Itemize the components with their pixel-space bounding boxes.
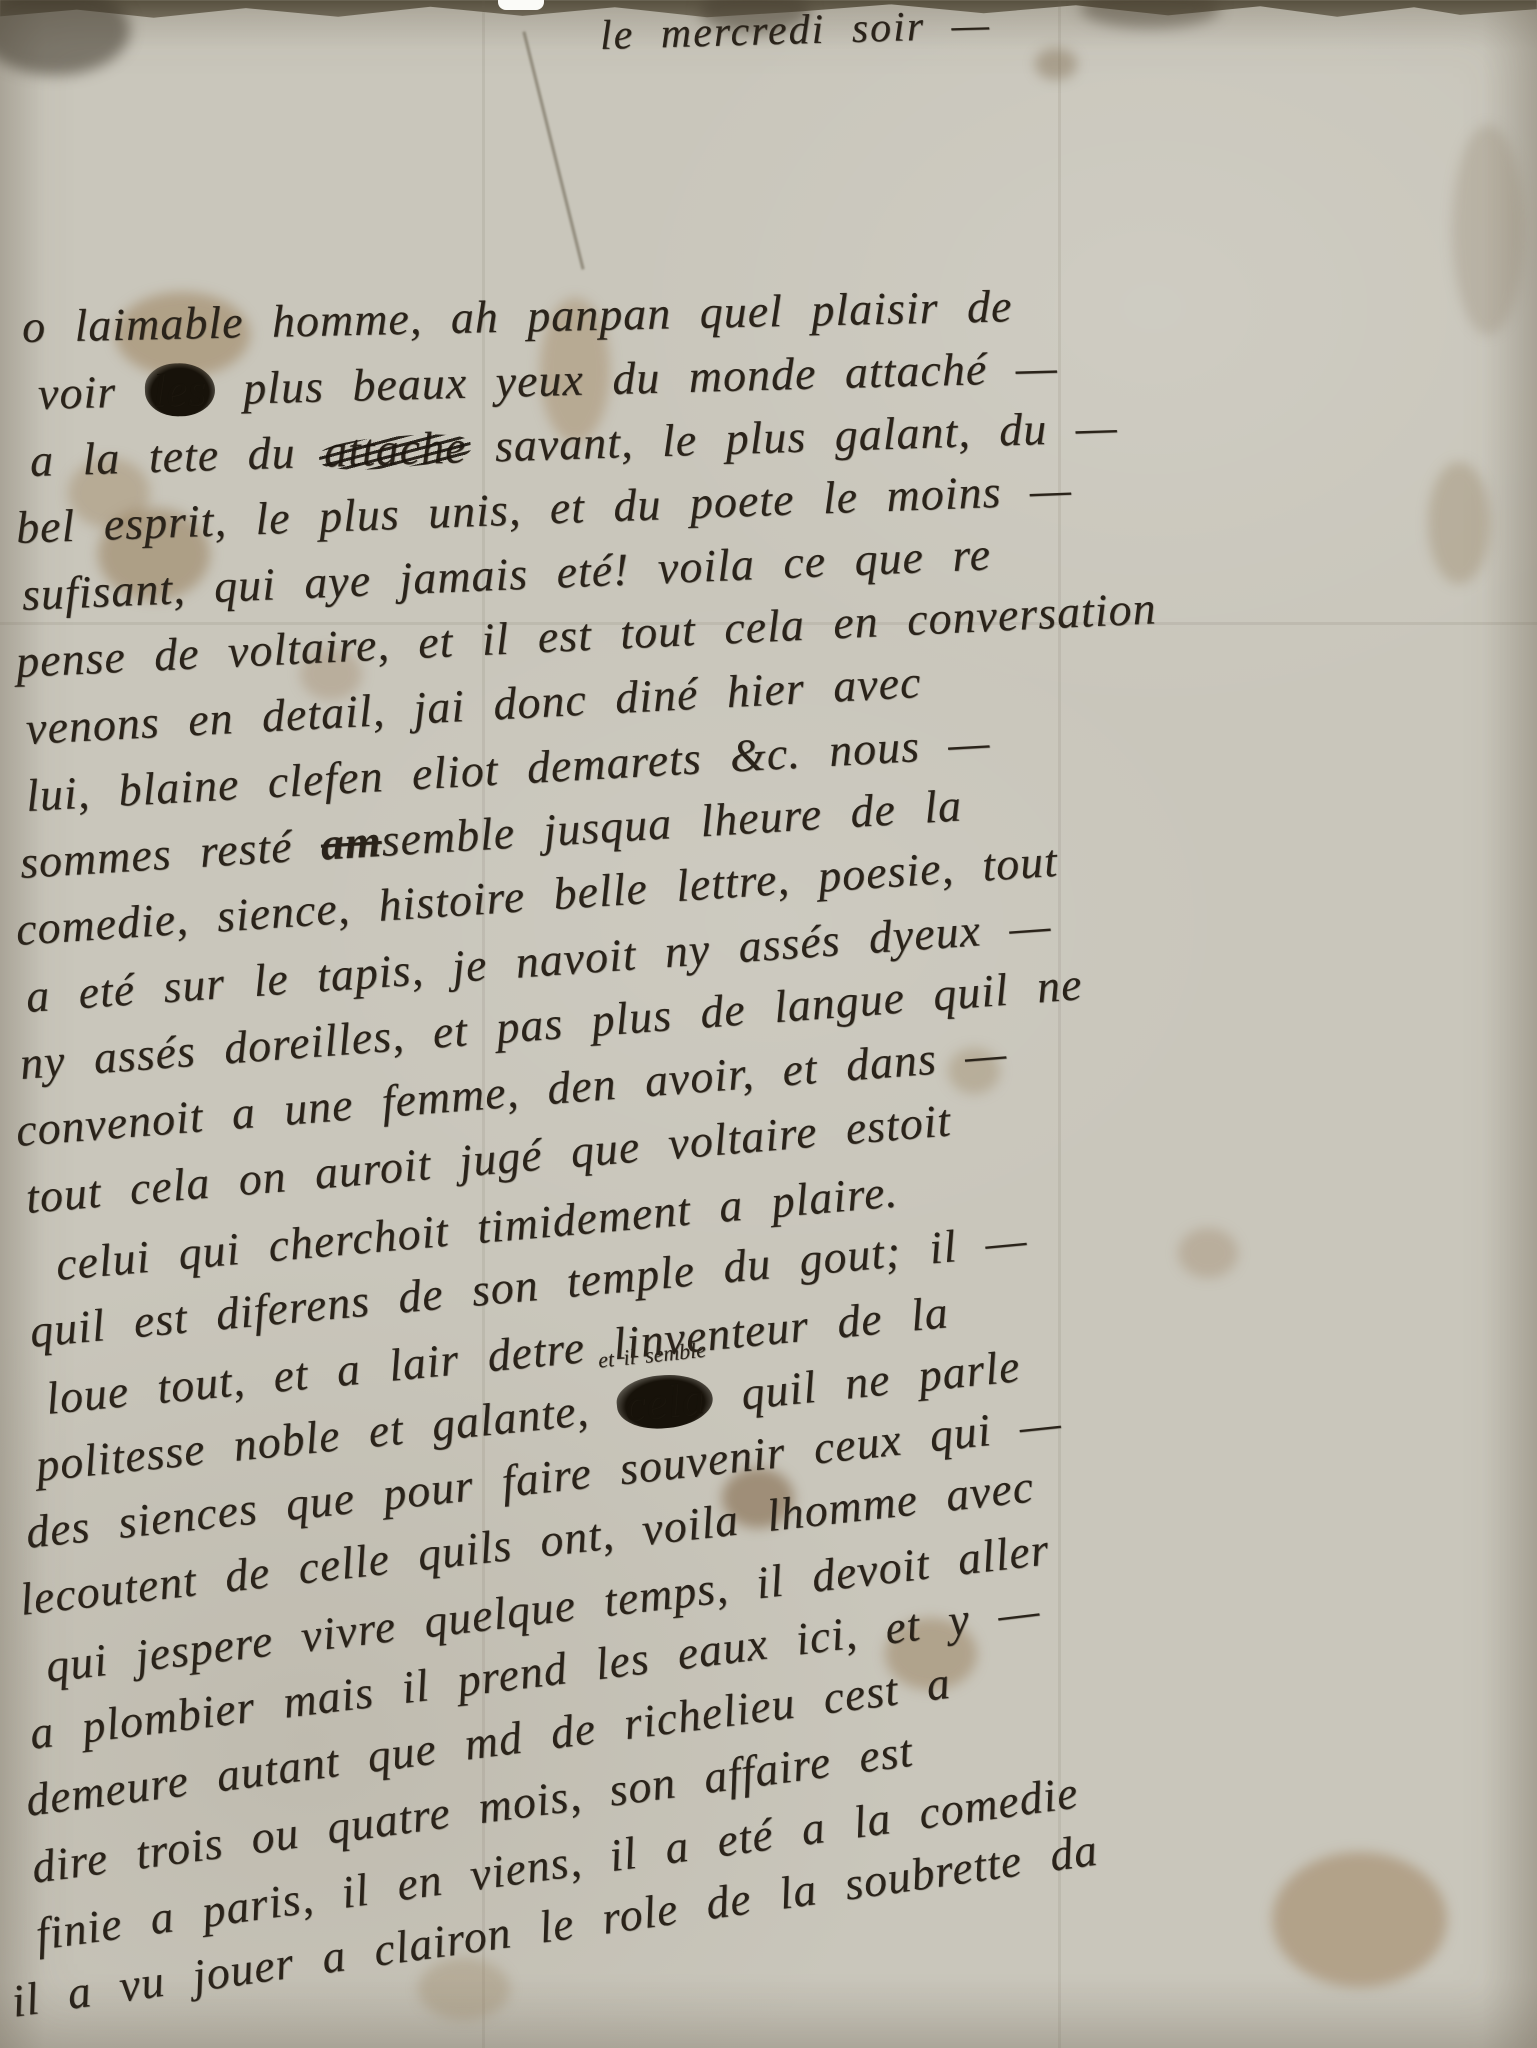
line-text: a la tete du bbox=[29, 426, 325, 486]
letter-page: le mercredi soir — o laimable homme, ah … bbox=[0, 0, 1537, 2048]
struck-word: attache bbox=[323, 420, 467, 477]
line-text: savant, le plus galant, du — bbox=[466, 401, 1119, 472]
line-text: sommes resté bbox=[18, 819, 322, 888]
line-text: voir bbox=[37, 365, 145, 419]
ink-blot: cela bbox=[614, 1370, 715, 1432]
interlinear-insertion: et il semblecela bbox=[614, 1370, 715, 1432]
ink-blot: les bbox=[144, 362, 215, 417]
struck-word: am bbox=[319, 815, 383, 870]
line-text: o laimable homme, ah panpan quel plaisir… bbox=[21, 280, 1012, 352]
line-text: plus beaux yeux du monde attaché — bbox=[214, 341, 1058, 414]
letter-body: o laimable homme, ah panpan quel plaisir… bbox=[0, 0, 1537, 2048]
handwritten-line: o laimable homme, ah panpan quel plaisir… bbox=[21, 279, 1012, 353]
